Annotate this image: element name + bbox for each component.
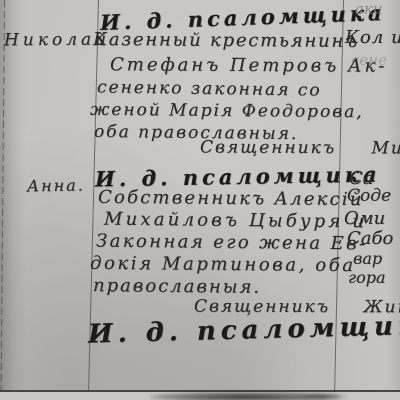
child-name-anna: Анна. [27,175,85,195]
edge-fragment: Соде [347,186,391,206]
entry2-parents-line-1: Собственникъ Алексій [98,187,364,210]
entry2-parents-line-4: докія Мартинова, оба [90,253,356,276]
edge-fragment: аки [355,0,383,18]
entry2-parents-line-2: Михайловъ Цыбуря и [104,209,367,233]
edge-fragment: гора [348,268,386,287]
entry1-parents-line-2: Стефанъ Петровъ Ак- [110,54,387,76]
ink-smudge [295,393,350,400]
metrical-book-scan: Николай Анна. И. д. псаломщика Казенный … [0,0,400,400]
entry2-psalmist-signature: И. д. псаломщика [88,310,400,349]
edge-fragment: Кол и [345,27,400,48]
edge-fragment: Са [349,168,374,189]
column-rule-left [1,0,6,391]
entry2-parents-line-3: Законная его жена Ев- [96,231,368,255]
edge-fragment: Оми [344,208,385,229]
edge-fragment: сене [351,51,387,69]
entry1-priest-line: Священникъ Ми [200,137,400,158]
entry2-parents-line-5: православныя. [93,275,261,298]
entry1-parents-line-1: Казенный крестьянинъ [93,29,359,52]
entry1-parents-line-3: сененко законная со [97,77,322,100]
edge-fragment: Сабо [347,228,393,249]
edge-fragment: вар [353,249,382,268]
entry1-parents-line-4: женой Марія Феодорова, [90,100,364,122]
